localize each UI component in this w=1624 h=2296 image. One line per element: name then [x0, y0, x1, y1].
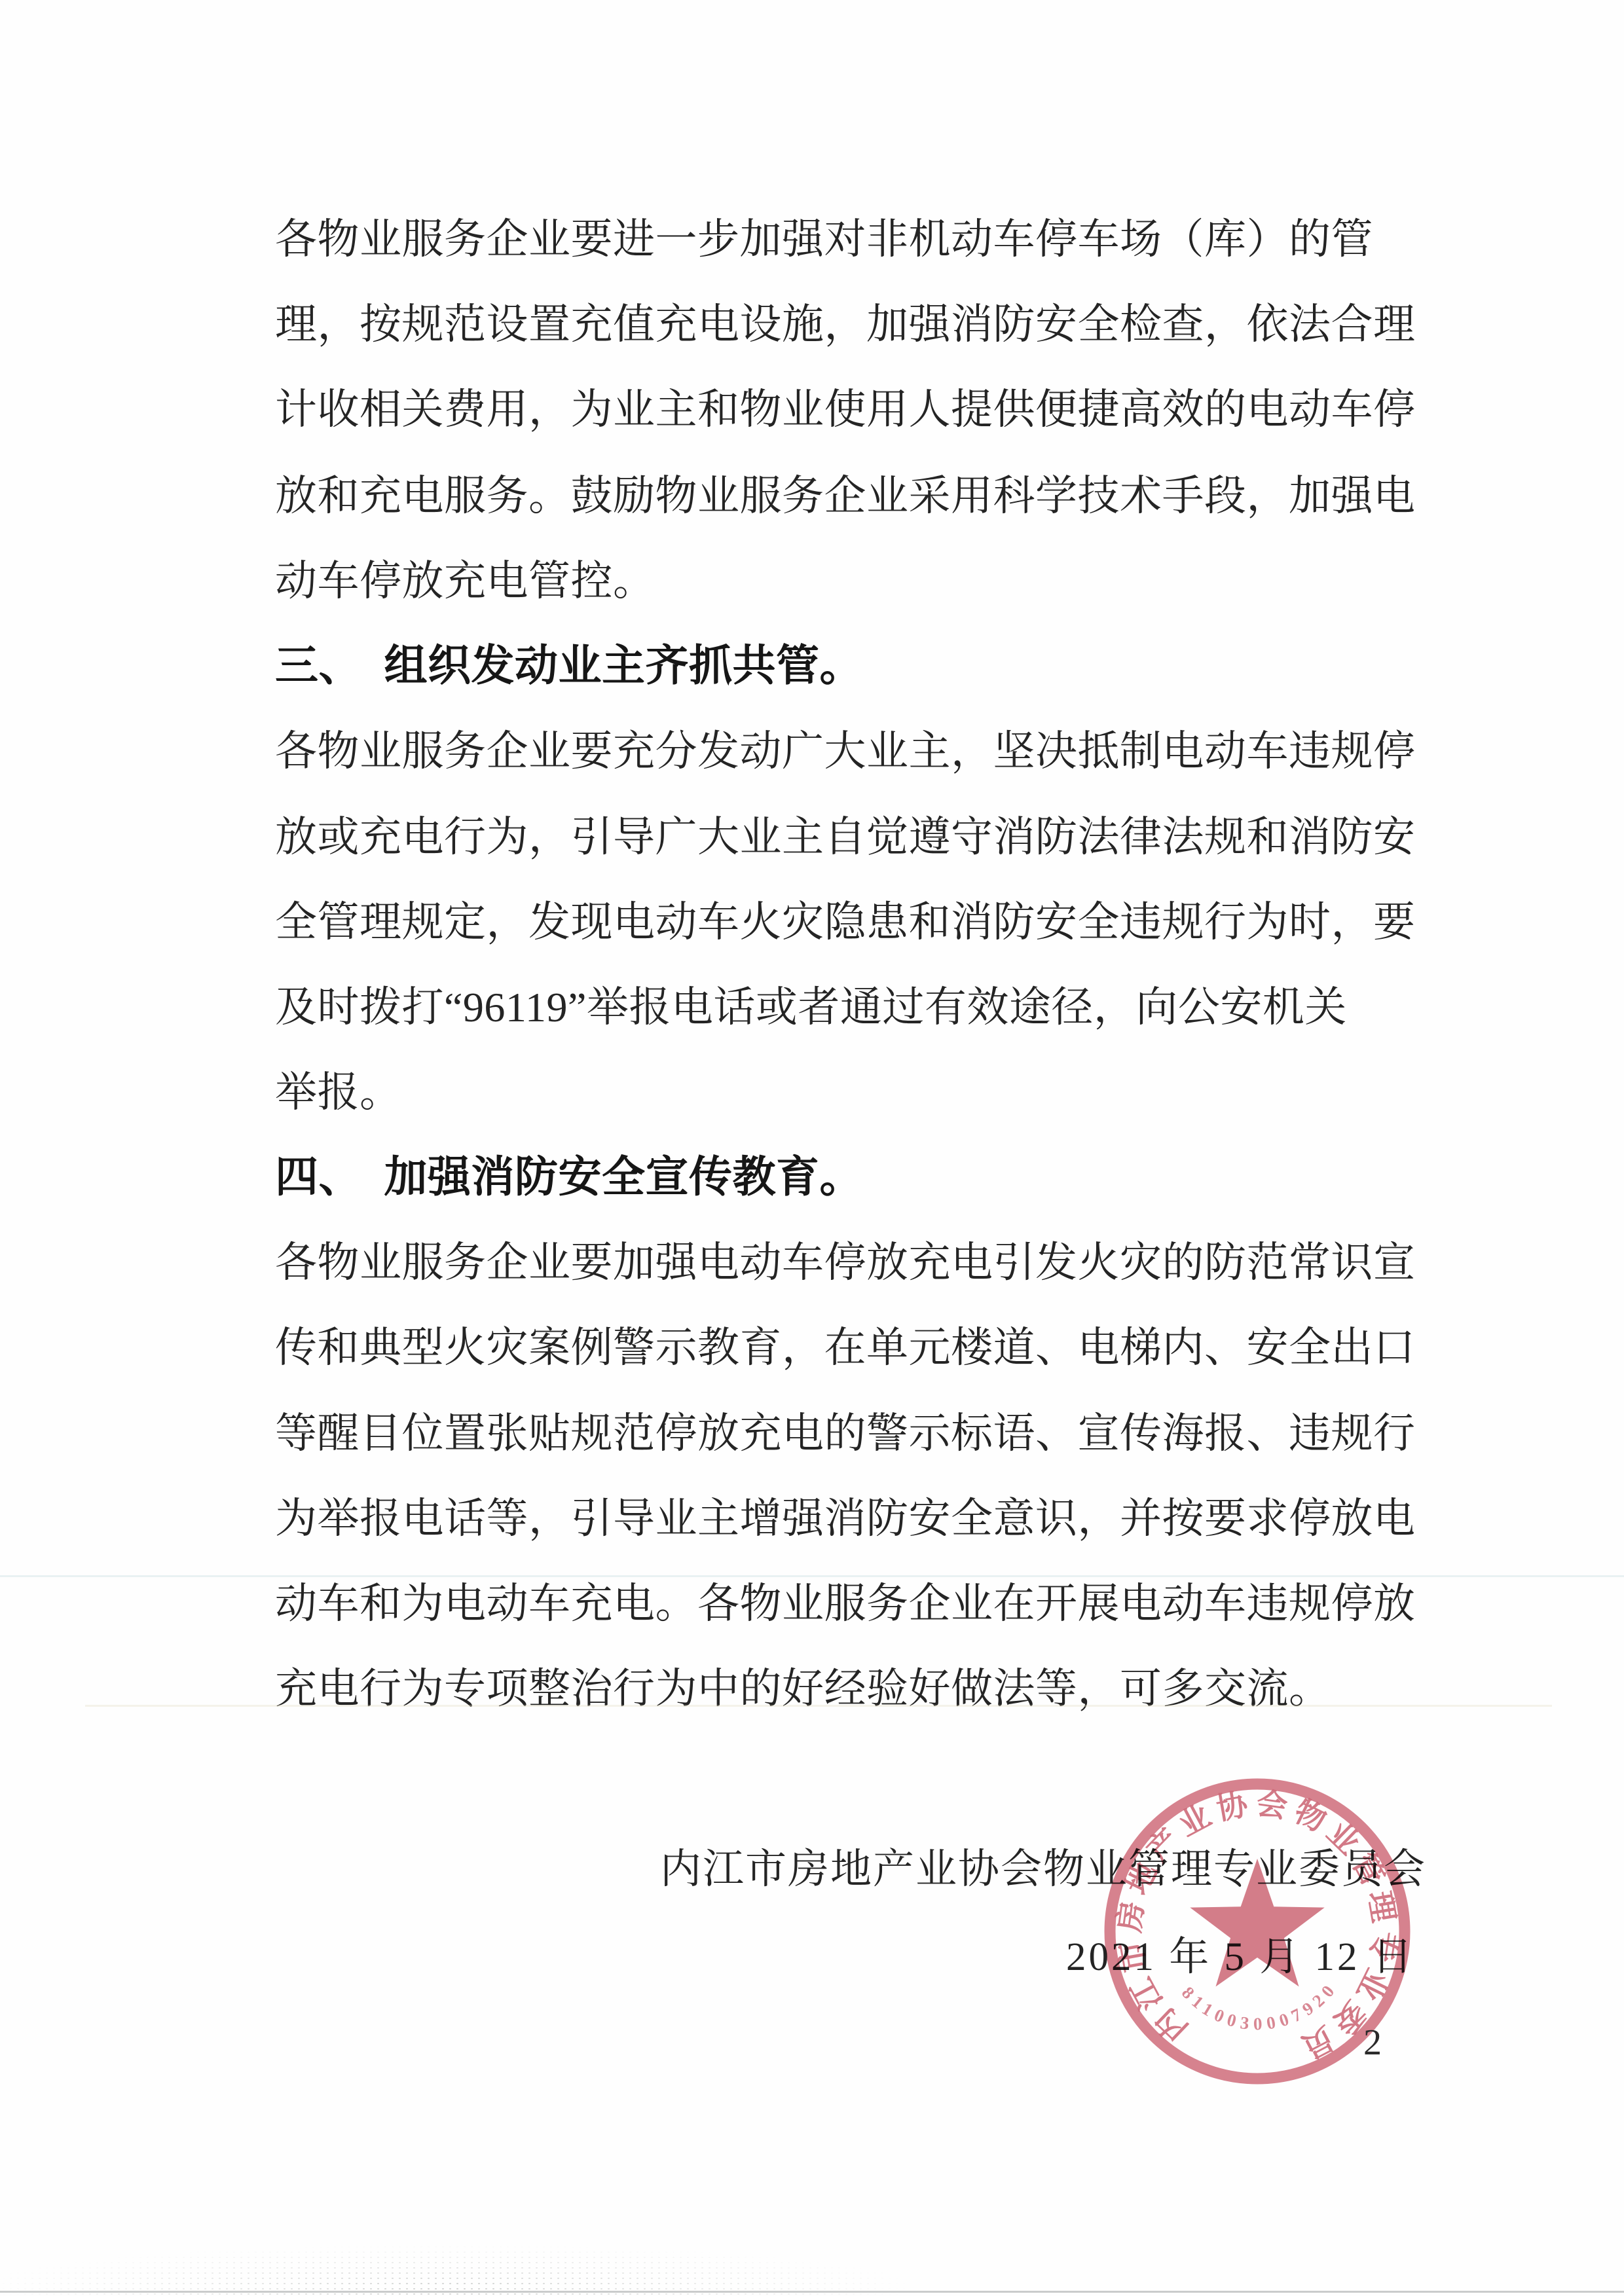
- paragraph-line: 动车停放充电管控。: [275, 558, 1401, 605]
- scanned-document-page: 各物业服务企业要进一步加强对非机动车停车场（库）的管 理，按规范设置充值充电设施…: [0, 0, 1624, 2296]
- scan-edge-line: [0, 2291, 1624, 2293]
- paragraph-line: 各物业服务企业要进一步加强对非机动车停车场（库）的管: [275, 216, 1401, 263]
- paragraph-line: 各物业服务企业要加强电动车停放充电引发火灾的防范常识宣: [275, 1239, 1401, 1286]
- paragraph-line: 各物业服务企业要充分发动广大业主，坚决抵制电动车违规停: [275, 728, 1401, 775]
- scan-speckle-noise: [0, 2218, 1179, 2296]
- paragraph-line: 放或充电行为，引导广大业主自觉遵守消防法律法规和消防安: [275, 814, 1401, 861]
- paragraph-line: 全管理规定，发现电动车火灾隐患和消防安全违规行为时，要: [275, 899, 1401, 946]
- paragraph-line: 放和充电服务。鼓励物业服务企业采用科学技术手段，加强电: [275, 473, 1401, 520]
- scan-artifact-line: [85, 1705, 1552, 1707]
- section-heading-4: 四、 加强消防安全宣传教育。: [275, 1154, 1401, 1201]
- paragraph-line: 传和典型火灾案例警示教育，在单元楼道、电梯内、安全出口: [275, 1324, 1401, 1372]
- paragraph-line: 举报。: [275, 1069, 1401, 1116]
- paragraph-line: 等醒目位置张贴规范停放充电的警示标语、宣传海报、违规行: [275, 1410, 1401, 1457]
- paragraph-line: 为举报电话等，引导业主增强消防安全意识，并按要求停放电: [275, 1495, 1401, 1542]
- paragraph-line: 理，按规范设置充值充电设施，加强消防安全检查，依法合理: [275, 301, 1401, 348]
- section-heading-3: 三、 组织发动业主齐抓共管。: [275, 643, 1401, 690]
- scan-artifact-line: [0, 1575, 1624, 1577]
- page-number: 2: [1363, 2022, 1382, 2064]
- paragraph-line: 及时拨打“96119”举报电话或者通过有效途径，向公安机关: [275, 984, 1401, 1031]
- paragraph-line: 计收相关费用，为业主和物业使用人提供便捷高效的电动车停: [275, 386, 1401, 433]
- seal-star-icon: [1190, 1859, 1324, 1986]
- paragraph-line: 动车和为电动车充电。各物业服务企业在开展电动车违规停放: [275, 1580, 1401, 1628]
